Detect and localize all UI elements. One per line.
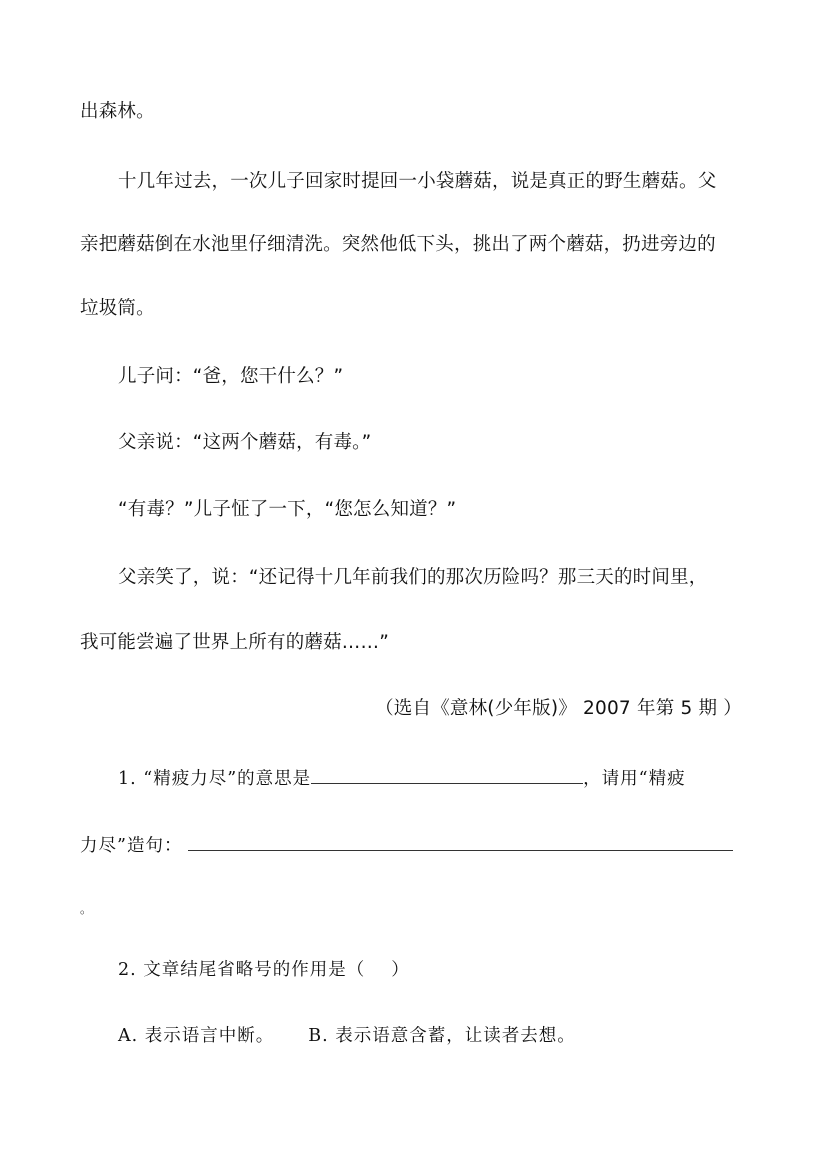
question-1-text: 1. “精疲力尽”的意思是 (118, 769, 311, 789)
passage-line: 十几年过去，一次儿子回家时提回一小袋蘑菇，说是真正的野生蘑菇。父 (118, 170, 716, 194)
passage-line: 我可能尝遍了世界上所有的蘑菇……” (80, 631, 389, 655)
answer-blank-meaning[interactable] (311, 765, 583, 784)
dialogue-line: “有毒？”儿子怔了一下，“您怎么知道？” (118, 498, 456, 522)
question-1-line-1: 1. “精疲力尽”的意思是，请用“精疲 (118, 765, 686, 791)
question-2-prompt: 2. 文章结尾省略号的作用是（ (118, 960, 365, 980)
question-2-close: ） (391, 960, 410, 980)
question-1-text-cont: ，请用“精疲 (583, 769, 685, 789)
answer-blank-sentence[interactable] (188, 832, 733, 851)
option-b: B. 表示语意含蓄，让读者去想。 (308, 1026, 576, 1046)
source-citation: （选自《意林(少年版)》 2007 年第 5 期 ） (375, 697, 742, 721)
dialogue-line: 儿子问：“爸，您干什么？” (118, 365, 343, 389)
passage-line: 垃圾筒。 (80, 297, 155, 321)
question-1-line-2: 力尽”造句： (80, 832, 733, 858)
question-1-sentence-prompt: 力尽”造句： (80, 836, 182, 856)
passage-line: 亲把蘑菇倒在水池里仔细清洗。突然他低下头，挑出了两个蘑菇，扔进旁边的 (80, 233, 716, 257)
question-2-options: A. 表示语言中断。B. 表示语意含蓄，让读者去想。 (118, 1024, 576, 1048)
passage-line: 出森林。 (80, 100, 155, 124)
dialogue-line: 父亲笑了，说：“还记得十几年前我们的那次历险吗？那三天的时间里， (118, 566, 708, 590)
dialogue-line: 父亲说：“这两个蘑菇，有毒。” (118, 431, 371, 455)
option-a: A. 表示语言中断。 (118, 1026, 274, 1046)
question-2: 2. 文章结尾省略号的作用是（） (118, 958, 410, 982)
question-1-end-mark: 。 (80, 897, 93, 921)
